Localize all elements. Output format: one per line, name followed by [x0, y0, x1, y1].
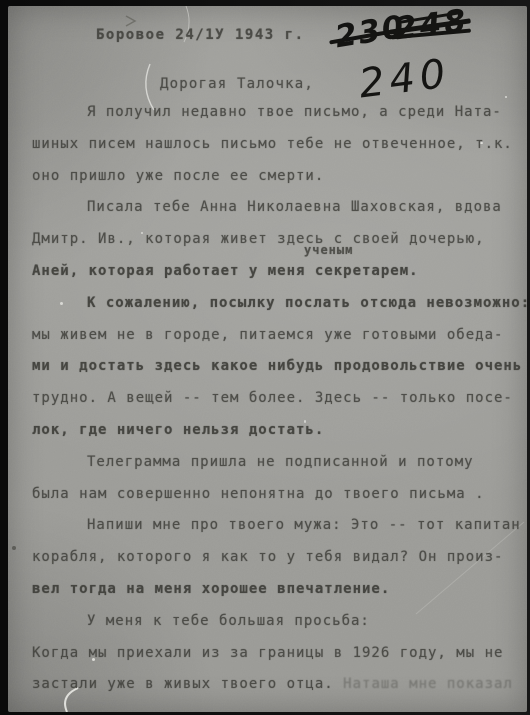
- letter-line-text: Напиши мне про твоего мужа: Это -- тот к…: [87, 517, 521, 533]
- letter-line: Я получил недавно твое письмо, а среди Н…: [32, 97, 519, 129]
- letter-line: была нам совершенно непонятна до твоего …: [32, 479, 519, 511]
- letter-line-text: Я получил недавно твое письмо, а среди Н…: [87, 104, 502, 120]
- letter-line: Когда мы приехали из за границы в 1926 г…: [32, 638, 519, 670]
- letter-line-text: Когда мы приехали из за границы в 1926 г…: [32, 645, 503, 661]
- letter-line-text: Телеграмма пришла не подписанной и потом…: [87, 454, 474, 470]
- letter-line-text: У меня к тебе большая просьба:: [87, 613, 370, 629]
- letter-line-text: Дмитр. Ив., которая живет здесь с своей …: [32, 231, 485, 247]
- letter-line-text: застали уже в живых твоего отца.: [32, 676, 343, 692]
- typed-insertion: ученым: [304, 244, 353, 256]
- letter-line: вел тогда на меня хорошее впечатление.: [32, 574, 519, 606]
- dateline: Боровое 24/1У 1943 г.: [96, 27, 305, 43]
- letter-line-text: шиных писем нашлось письмо тебе не отвеч…: [32, 136, 513, 152]
- scanned-letter: Боровое 24/1У 1943 г. 230 248 240 Дорога…: [0, 0, 530, 715]
- letter-line: Писала тебе Анна Николаевна Шаховская, в…: [32, 192, 519, 224]
- letter-line-text: мы живем не в городе, питаемся уже готов…: [32, 327, 503, 343]
- letter-line-text: ми и достать здесь какое нибудь продовол…: [32, 358, 522, 374]
- letter-line: Напиши мне про твоего мужа: Это -- тот к…: [32, 510, 519, 542]
- letter-line: Телеграмма пришла не подписанной и потом…: [32, 447, 519, 479]
- letter-line: Дмитр. Ив., которая живет здесь с своей …: [32, 224, 519, 256]
- letter-line-text: была нам совершенно непонятна до твоего …: [32, 486, 485, 502]
- salutation: Дорогая Талочка,: [160, 76, 314, 92]
- letter-line: шиных писем нашлось письмо тебе не отвеч…: [32, 129, 519, 161]
- letter-line-text: лок, где ничего нельзя достать.: [32, 422, 324, 438]
- letter-line-text: оно пришло уже после ее смерти.: [32, 168, 324, 184]
- letter-line: ми и достать здесь какое нибудь продовол…: [32, 351, 519, 383]
- letter-line: К сожалению, посылку послать отсюда нево…: [32, 288, 519, 320]
- letter-line-text: трудно. А вещей -- тем более. Здесь -- т…: [32, 390, 513, 406]
- letter-line-text: корабля, которого я как то у тебя видал?…: [32, 549, 503, 565]
- letter-line-text: К сожалению, посылку послать отсюда нево…: [87, 295, 527, 311]
- letter-line: У меня к тебе большая просьба:: [32, 606, 519, 638]
- letter-line-text: Писала тебе Анна Николаевна Шаховская, в…: [87, 199, 502, 215]
- check-mark: [126, 16, 135, 26]
- letter-line: застали уже в живых твоего отца. Наташа …: [32, 669, 519, 701]
- letter-page: Боровое 24/1У 1943 г. 230 248 240 Дорога…: [8, 6, 527, 712]
- letter-line: Аней, которая работает у меня секретарем…: [32, 256, 519, 288]
- letter-line: мы живем не в городе, питаемся уже готов…: [32, 320, 519, 352]
- speck: [12, 546, 16, 550]
- letter-body: Я получил недавно твое письмо, а среди Н…: [32, 97, 519, 701]
- letter-line: трудно. А вещей -- тем более. Здесь -- т…: [32, 383, 519, 415]
- letter-line: оно пришло уже после ее смерти.: [32, 161, 519, 193]
- letter-line-text: Аней, которая работает у меня секретарем…: [32, 263, 419, 279]
- faded-text: Наташа мне показал: [343, 676, 513, 692]
- letter-line-text: вел тогда на меня хорошее впечатление.: [32, 581, 390, 597]
- letter-line: лок, где ничего нельзя достать.: [32, 415, 519, 447]
- letter-line: корабля, которого я как то у тебя видал?…: [32, 542, 519, 574]
